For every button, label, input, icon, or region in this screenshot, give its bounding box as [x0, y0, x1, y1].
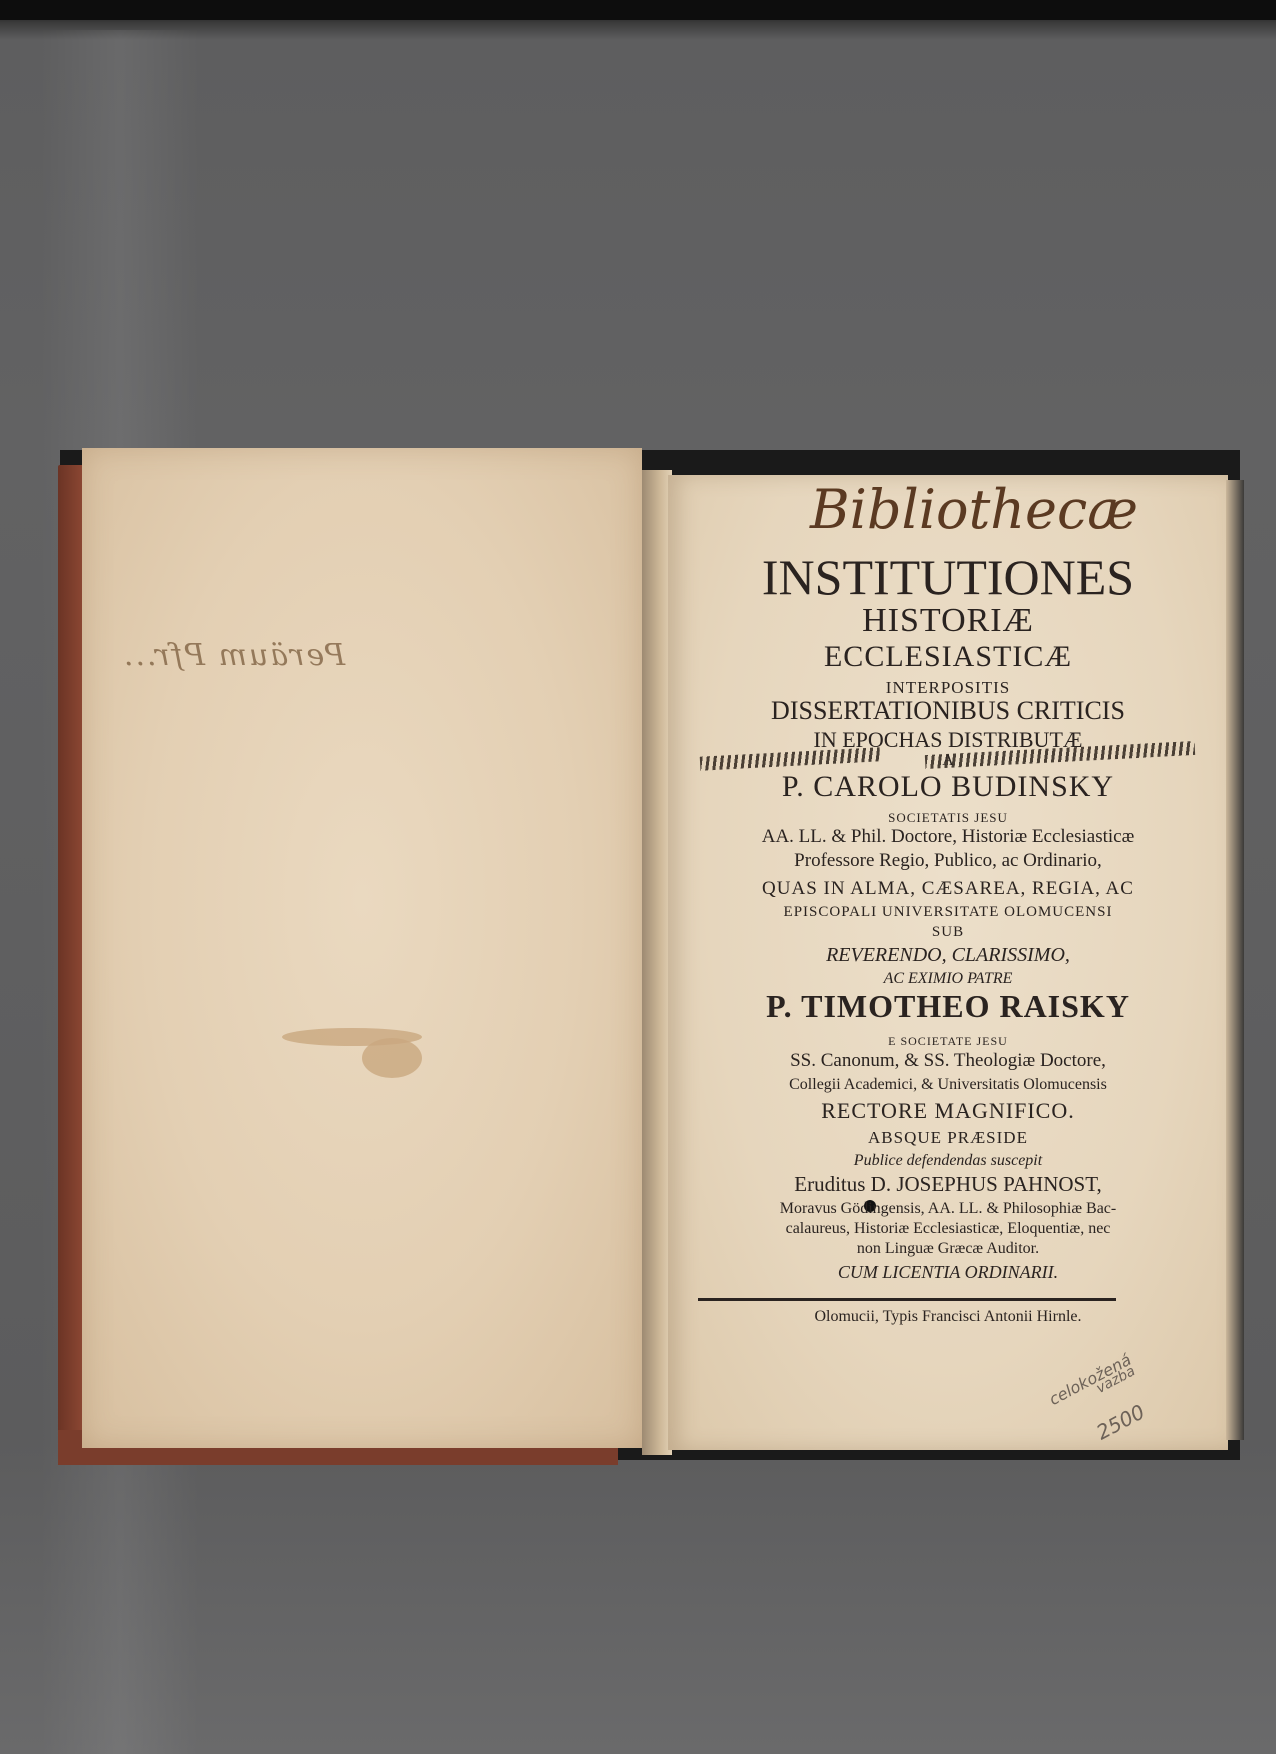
- rector-name: P. TIMOTHEO RAISKY: [668, 988, 1228, 1025]
- sub-line: SUB: [668, 924, 1228, 941]
- absque-praeside: ABSQUE PRÆSIDE: [668, 1128, 1228, 1148]
- left-flyleaf: Peräum Pfr...: [82, 448, 642, 1448]
- title-line-3: ECCLESIASTICÆ: [668, 640, 1228, 674]
- defense-line: Publice defendendas suscepit: [668, 1152, 1228, 1170]
- title-line-2: HISTORIÆ: [668, 602, 1228, 640]
- bleed-through-handwriting: Peräum Pfr...: [122, 638, 345, 673]
- title-line-4: INTERPOSITIS: [668, 678, 1228, 698]
- imprint-rule: [698, 1298, 1116, 1301]
- author-degree: AA. LL. & Phil. Doctore, Historiæ Eccles…: [668, 826, 1228, 848]
- title-line-1: INSTITUTIONES: [668, 548, 1228, 606]
- defender-detail-1: Moravus Gödingensis, AA. LL. & Philosoph…: [668, 1200, 1228, 1218]
- university-line-1: QUAS IN ALMA, CÆSAREA, REGIA, AC: [668, 878, 1228, 900]
- page-edge: [1226, 480, 1244, 1440]
- defender-name: Eruditus D. JOSEPHUS PAHNOST,: [668, 1172, 1228, 1197]
- title-line-7: A: [668, 752, 1228, 770]
- author-name: P. CAROLO BUDINSKY: [668, 770, 1228, 804]
- author-position: Professore Regio, Publico, ac Ordinario,: [668, 850, 1228, 872]
- defender-detail-2: calaureus, Historiæ Ecclesiasticæ, Eloqu…: [668, 1220, 1228, 1238]
- license-line: CUM LICENTIA ORDINARII.: [668, 1262, 1228, 1283]
- defender-detail-3: non Linguæ Græcæ Auditor.: [668, 1240, 1228, 1258]
- worm-damage-hole: [362, 1038, 422, 1078]
- scanner-top-edge: [0, 0, 1276, 20]
- rector-title: RECTORE MAGNIFICO.: [668, 1098, 1228, 1124]
- honorific-line-2: AC EXIMIO PATRE: [668, 970, 1228, 988]
- rector-college: Collegii Academici, & Universitatis Olom…: [668, 1076, 1228, 1094]
- rector-degree: SS. Canonum, & SS. Theologiæ Doctore,: [668, 1050, 1228, 1072]
- imprint-line: Olomucii, Typis Francisci Antonii Hirnle…: [668, 1308, 1228, 1326]
- title-line-5: DISSERTATIONIBUS CRITICIS: [668, 696, 1228, 726]
- rector-order: E SOCIETATE JESU: [668, 1034, 1228, 1049]
- university-line-2: EPISCOPALI UNIVERSITATE OLOMUCENSI: [668, 904, 1228, 921]
- author-order: SOCIETATIS JESU: [668, 810, 1228, 826]
- ownership-inscription: Bibliothecæ: [810, 478, 1138, 541]
- honorific-line-1: REVERENDO, CLARISSIMO,: [668, 944, 1228, 967]
